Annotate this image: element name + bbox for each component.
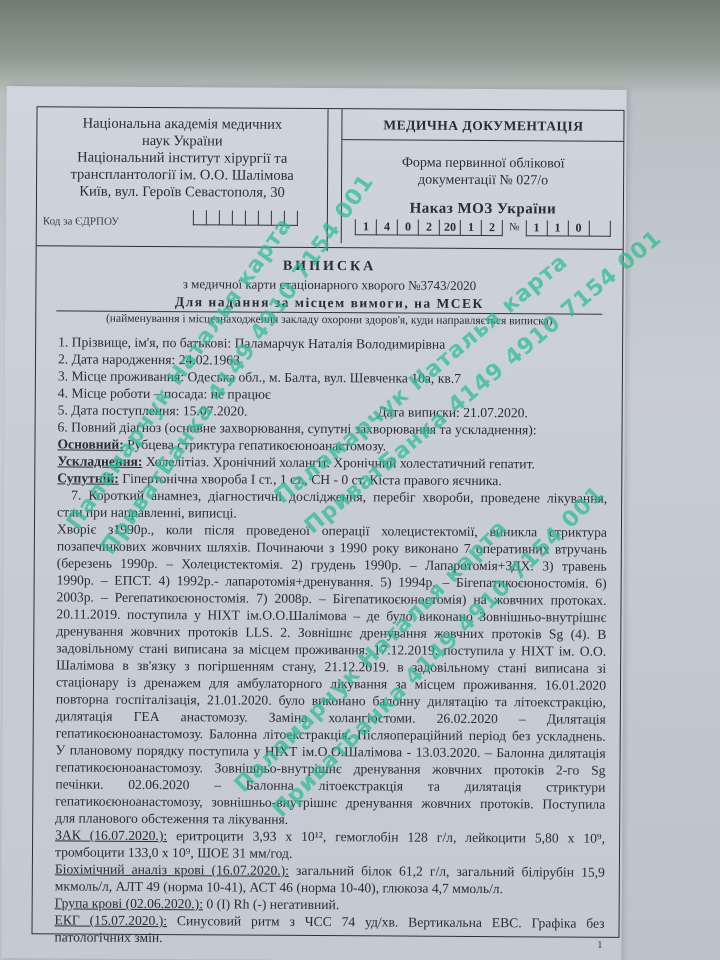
field-label: 5. Дата поступлення: bbox=[58, 402, 180, 418]
field-label: Основний: bbox=[57, 436, 123, 451]
document-purpose: Для надання за місцем вимоги, на МСЕК bbox=[56, 293, 602, 314]
field-label: 2. Дата народження: bbox=[58, 351, 175, 367]
order-code-boxes: 1 4 0 2 20 1 2 № 1 1 0 bbox=[342, 219, 624, 237]
order-box: 1 bbox=[460, 220, 481, 236]
discharge-title-block: ВИПИСКА з медичної карти стаціонарного х… bbox=[36, 257, 622, 328]
institution-address: Київ, вул. Героїв Севастополя, 30 bbox=[37, 183, 327, 202]
order-number-sign: № bbox=[503, 220, 526, 236]
institution-line: Національна академія медичних bbox=[37, 115, 327, 134]
form-header: МЕДИЧНА ДОКУМЕНТАЦІЯ Форма первинної обл… bbox=[341, 109, 625, 245]
order-number-box: 1 bbox=[526, 220, 547, 236]
document-note: (найменування і місцезнаходження закладу… bbox=[36, 312, 622, 328]
field-label: 3. Місце проживання: bbox=[58, 368, 184, 384]
biochem-values: загальний білок 61,2 г/л, загальний білі… bbox=[296, 863, 605, 880]
order-number-box bbox=[589, 221, 611, 237]
order-box: 20 bbox=[439, 220, 460, 236]
field-label: 4. Місце роботи – посада: bbox=[58, 385, 208, 401]
order-box: 2 bbox=[418, 220, 439, 236]
patient-name: Паламарчук Наталія Володимирівна bbox=[235, 336, 446, 352]
document-body: 1. Прізвище, ім'я, по батькові: Паламарч… bbox=[54, 333, 608, 948]
order-box: 2 bbox=[481, 220, 503, 236]
admission-date: 15.07.2020. bbox=[183, 403, 248, 418]
order-box: 1 bbox=[355, 219, 376, 235]
work-value: не працює bbox=[211, 386, 271, 401]
discharge-date: 21.07.2020. bbox=[463, 405, 528, 420]
address-value: Одеська обл., м. Балта, вул. Шевченка 10… bbox=[188, 369, 462, 386]
edrpou-label: Код за ЄДРПОУ bbox=[43, 213, 119, 230]
field-label: Біохімічний аналіз крові (16.07.2020.): bbox=[55, 861, 289, 877]
complications: Холелітіаз. Хронічний холангіт. Хронічни… bbox=[146, 454, 535, 471]
main-diagnosis: Рубцева стриктура гепатикоєюноанастомозу… bbox=[127, 437, 386, 454]
dob-value: 24.02.1963 bbox=[179, 352, 240, 367]
institution-line: Національний інститут хірургії та bbox=[37, 149, 327, 168]
page-number: 1 bbox=[597, 940, 602, 951]
form-name: Форма первинної облікової документації №… bbox=[342, 154, 624, 190]
medical-documentation-title: МЕДИЧНА ДОКУМЕНТАЦІЯ bbox=[342, 109, 624, 142]
ecg-row: патологічних змін. bbox=[54, 928, 604, 948]
institution-line: наук України bbox=[37, 132, 327, 151]
order-number-box: 1 bbox=[547, 220, 568, 236]
blood-group-value: 0 (I) Rh (-) негативний. bbox=[206, 896, 339, 912]
ecg-values: Синусовий ритм з ЧСС 74 уд/хв. Вертикаль… bbox=[177, 913, 605, 931]
history-text: Хворіє з1990р., коли після проведеної оп… bbox=[55, 520, 607, 829]
document-page: Національна академія медичних наук Украї… bbox=[1, 86, 626, 960]
document-frame: Національна академія медичних наук Украї… bbox=[31, 106, 624, 938]
field-label: ЗАК (16.07.2020.): bbox=[55, 827, 167, 843]
order-box: 4 bbox=[376, 219, 397, 235]
field-label: Ускладнення: bbox=[57, 453, 142, 469]
field-label: Супутній: bbox=[57, 470, 119, 485]
field-label: Група крові (02.06.2020.): bbox=[55, 895, 203, 911]
concomitant-diagnosis: Гіпертонічна хвороба І ст., 1 ст., СН - … bbox=[122, 471, 502, 488]
form-line: Форма первинної облікової bbox=[342, 154, 624, 173]
order-box: 0 bbox=[397, 220, 418, 236]
cbc-values: еритроцити 3,93 х 10¹², гемоглобін 128 г… bbox=[176, 828, 605, 846]
form-number: документації № 027/о bbox=[342, 171, 624, 190]
document-subtitle: з медичної карти стаціонарного хворого №… bbox=[36, 275, 622, 295]
document-title: ВИПИСКА bbox=[37, 257, 623, 277]
field-label: ЕКГ (15.07.2020.): bbox=[55, 912, 168, 928]
edrpou-code-boxes bbox=[193, 210, 298, 226]
order-number-box: 0 bbox=[568, 221, 589, 237]
institution-header: Національна академія медичних наук Украї… bbox=[37, 107, 329, 251]
order-title: Наказ МОЗ України bbox=[342, 200, 624, 219]
field-label: 1. Прізвище, ім'я, по батькові: bbox=[58, 334, 231, 350]
institution-line: трансплантології ім. О.О. Шалімова bbox=[37, 166, 327, 185]
field-label: Дата виписки: bbox=[377, 404, 460, 420]
